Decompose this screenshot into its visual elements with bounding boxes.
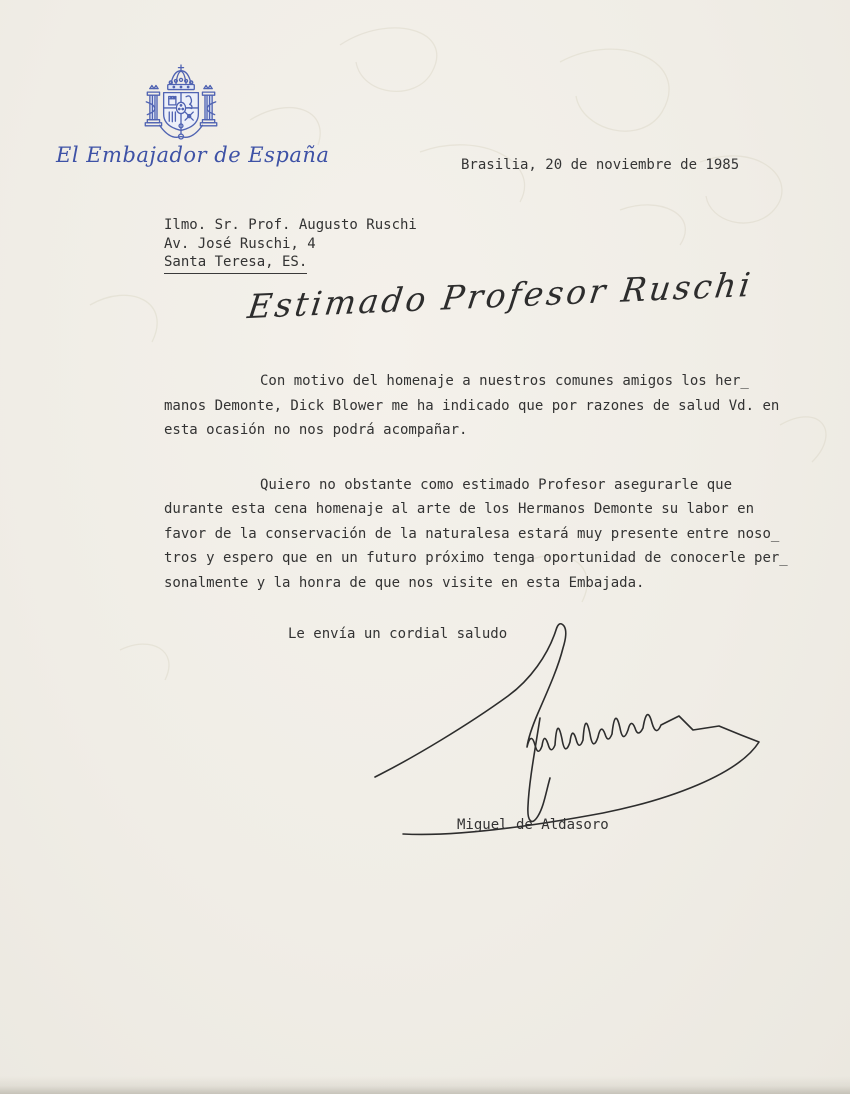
recipient-address: Ilmo. Sr. Prof. Augusto Ruschi Av. José … [164,216,417,274]
body-line: sonalmente y la honra de que nos visite … [164,571,804,596]
signature-scrawl-icon [358,610,790,842]
signature-name: Miguel de Aldasoro [457,817,609,833]
body-line: favor de la conservación de la naturales… [164,522,804,547]
recipient-street-line: Av. José Ruschi, 4 [164,235,417,254]
handwritten-salutation: Estimado Profesor Ruschi [245,265,755,326]
paragraph-1: Con motivo del homenaje a nuestros comun… [164,369,804,443]
body-line: esta ocasión no nos podrá acompañar. [164,418,804,443]
letterhead-title: El Embajador de España [56,143,329,167]
date-line: Brasilia, 20 de noviembre de 1985 [461,157,739,173]
body-line: Con motivo del homenaje a nuestros comun… [164,369,804,394]
recipient-name-line: Ilmo. Sr. Prof. Augusto Ruschi [164,216,417,235]
recipient-city-line: Santa Teresa, ES. [164,253,307,274]
letter-body: Con motivo del homenaje a nuestros comun… [164,369,804,647]
paper-bottom-crease [0,1076,850,1094]
body-line: durante esta cena homenaje al arte de lo… [164,497,804,522]
body-line: tros y espero que en un futuro próximo t… [164,546,804,571]
body-line: Quiero no obstante como estimado Profeso… [164,473,804,498]
letter-page: El Embajador de España Brasilia, 20 de n… [0,0,850,1094]
body-line: manos Demonte, Dick Blower me ha indicad… [164,394,804,419]
paragraph-2: Quiero no obstante como estimado Profeso… [164,473,804,596]
